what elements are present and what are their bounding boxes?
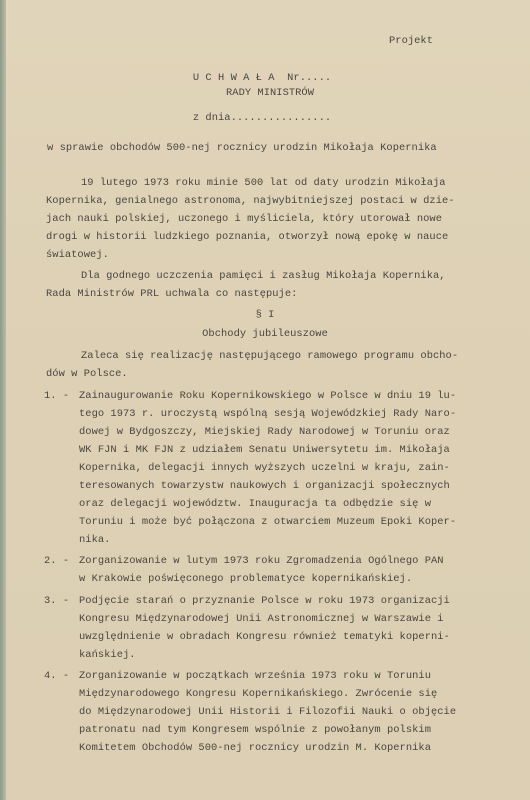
paragraph-line: dów w Polsce.	[46, 369, 128, 379]
item-line: tego 1973 r. uroczystą wspólną sesją Woj…	[79, 409, 456, 419]
item-line: w Krakowie poświęconego problematyce kop…	[79, 574, 412, 584]
date-line: z dnia................	[0, 113, 524, 123]
item-line: Zorganizowanie w początkach września 197…	[79, 671, 431, 681]
item-line: Komitetem Obchodów 500-nej rocznicy urod…	[79, 743, 431, 753]
paragraph-line: Zaleca się realizację następującego ramo…	[81, 351, 458, 361]
item-line: dowej w Bydgoszczy, Miejskiej Rady Narod…	[79, 427, 450, 437]
item-line: Kopernika, delegacji innych wyższych ucz…	[79, 463, 450, 473]
item-marker: 4. -	[44, 671, 69, 681]
paragraph-line: 19 lutego 1973 roku minie 500 lat od dat…	[81, 178, 446, 188]
item-line: Międzynarodowego Kongresu Kopernikańskie…	[79, 689, 437, 699]
item-line: Toruniu i może być połączona z otwarciem…	[79, 517, 456, 527]
paragraph-line: Kopernika, genialnego astronoma, najwybi…	[46, 196, 455, 206]
item-line: uwzględnienie w obradach Kongresu równie…	[79, 632, 450, 642]
issuer: RADY MINISTRÓW	[8, 88, 530, 98]
paragraph-line: światowej.	[46, 250, 109, 260]
document-page: Projekt U C H W A Ł A Nr..... RADY MINIS…	[6, 0, 530, 800]
paragraph-line: jach nauki polskiej, uczonego i myślicie…	[46, 214, 442, 224]
item-line: do Międzynarodowej Unii Historii i Filoz…	[79, 707, 456, 717]
item-line: Zainaugurowanie Roku Kopernikowskiego w …	[79, 391, 456, 401]
item-marker: 2. -	[44, 556, 69, 566]
item-line: WK FJN i MK FJN z udziałem Senatu Uniwer…	[79, 445, 450, 455]
item-line: Kongresu Międzynarodowej Unii Astronomic…	[79, 614, 444, 624]
item-line: patronatu nad tym Kongresem wspólnie z p…	[79, 725, 431, 735]
section-title: Obchody jubileuszowe	[3, 329, 527, 339]
section-number: § I	[3, 310, 527, 320]
item-line: Zorganizowanie w lutym 1973 roku Zgromad…	[79, 556, 444, 566]
paragraph-line: Dla godnego uczczenia pamięci i zasług M…	[81, 271, 446, 281]
draft-label: Projekt	[389, 36, 433, 46]
item-line: teresowanych towarzystw naukowych i orga…	[79, 481, 450, 491]
paragraph-line: drogi w historii ludzkiego poznania, otw…	[46, 232, 448, 242]
item-line: nika.	[79, 535, 110, 545]
item-marker: 1. -	[44, 391, 69, 401]
item-marker: 3. -	[44, 596, 69, 606]
item-line: kańskiej.	[79, 650, 136, 660]
resolution-title: U C H W A Ł A Nr.....	[0, 73, 524, 83]
subject-line: w sprawie obchodów 500-nej rocznicy urod…	[47, 143, 437, 153]
item-line: oraz delegacji województw. Inauguracja t…	[79, 499, 431, 509]
paragraph-line: Rada Ministrów PRL uchwala co następuje:	[46, 289, 297, 299]
item-line: Podjęcie starań o przyznanie Polsce w ro…	[79, 596, 450, 606]
